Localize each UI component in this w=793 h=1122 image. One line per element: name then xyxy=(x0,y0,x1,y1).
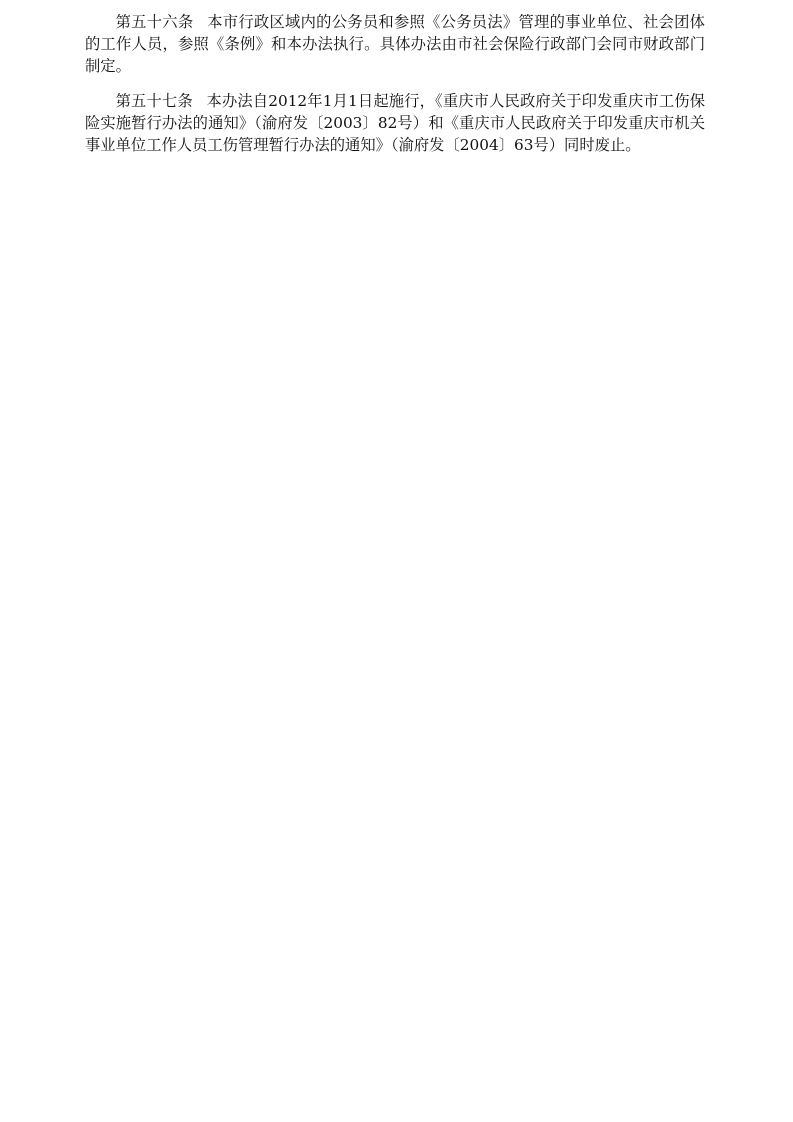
article-number: 第五十七条 xyxy=(116,92,193,110)
document-page: 第五十六条本市行政区域内的公务员和参照《公务员法》管理的事业单位、社会团体的工作… xyxy=(85,11,705,169)
article-56-paragraph: 第五十六条本市行政区域内的公务员和参照《公务员法》管理的事业单位、社会团体的工作… xyxy=(85,11,705,77)
article-57-paragraph: 第五十七条本办法自2012年1月1日起施行，《重庆市人民政府关于印发重庆市工伤保… xyxy=(85,90,705,156)
article-number: 第五十六条 xyxy=(116,13,194,31)
